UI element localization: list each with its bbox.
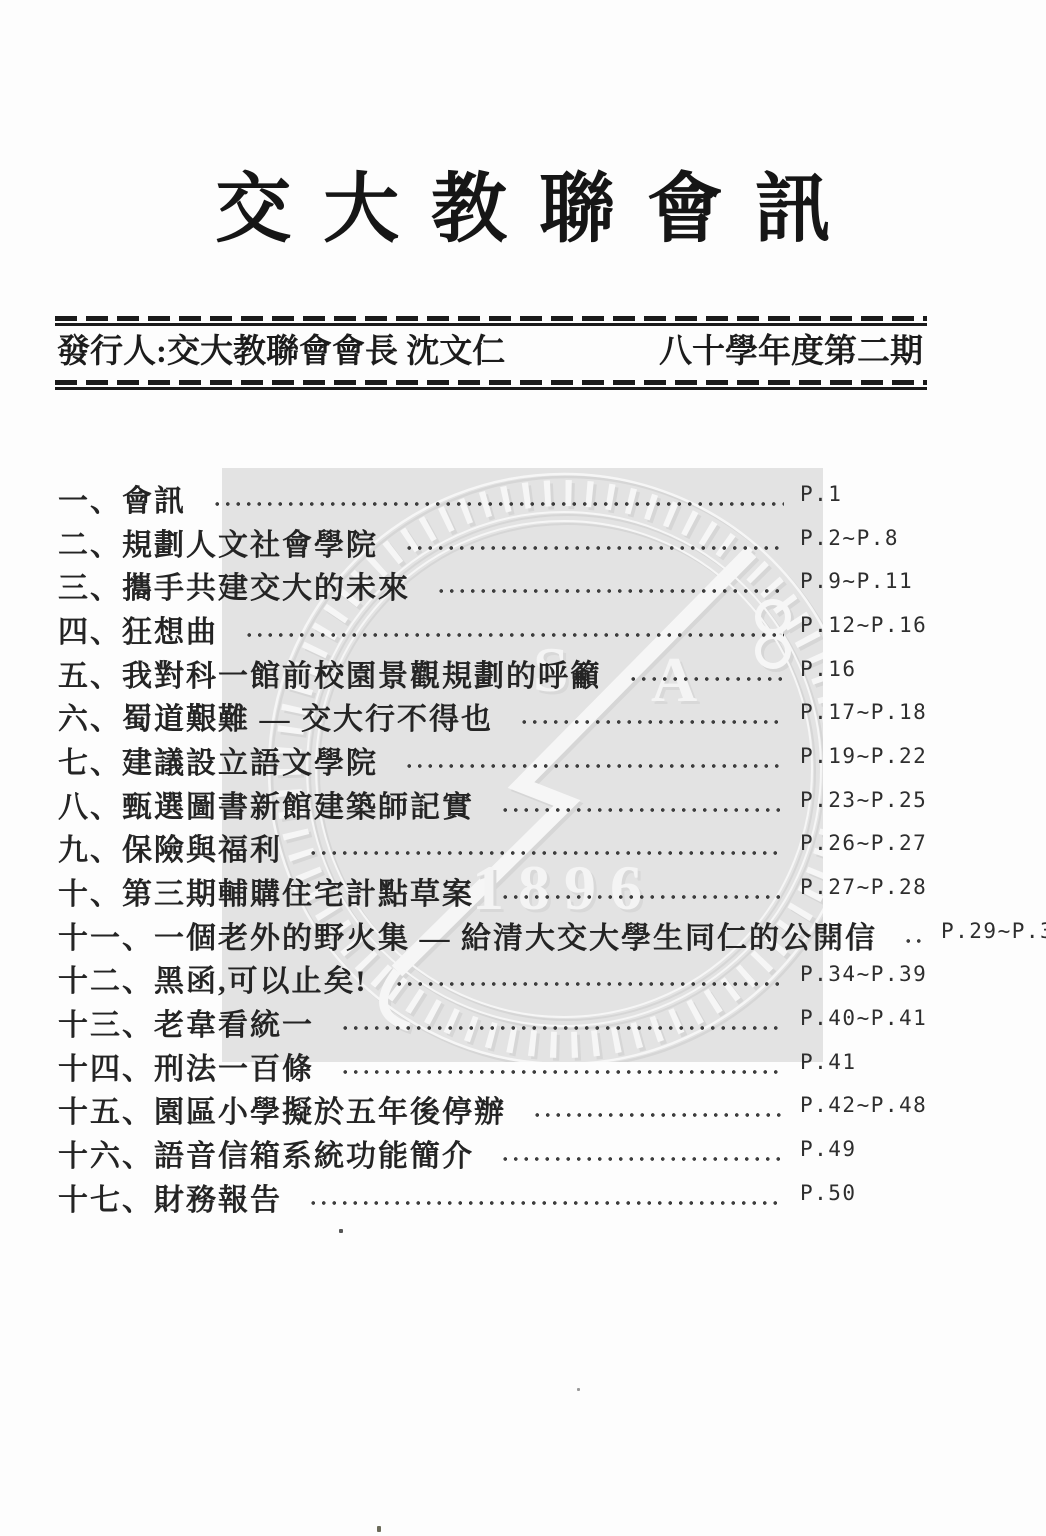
toc-dotted-leader xyxy=(394,978,785,990)
toc-item-label: 八、甄選圖書新館建築師記實 xyxy=(58,782,474,826)
toc-row: 一、會訊 P.1 xyxy=(58,476,990,520)
toc-row: 二、規劃人文社會學院 P.2~P.8 xyxy=(58,520,990,564)
toc-row: 九、保險與福利 P.26~P.27 xyxy=(58,826,990,870)
toc-dotted-leader xyxy=(532,1109,784,1121)
toc-item-pages: P.19~P.22 xyxy=(800,744,990,768)
toc-item-pages: P.1 xyxy=(800,482,990,506)
toc-dotted-leader xyxy=(244,629,784,641)
toc-item-pages: P.50 xyxy=(800,1181,990,1205)
toc-item-pages: P.23~P.25 xyxy=(800,788,990,812)
toc-item-pages: P.16 xyxy=(800,657,990,681)
toc-item-pages: P.42~P.48 xyxy=(800,1093,990,1117)
toc-dotted-leader xyxy=(404,542,784,554)
toc-dotted-leader xyxy=(404,760,784,772)
toc-item-label: 五、我對科一館前校園景觀規劃的呼籲 xyxy=(58,651,602,695)
toc-item-pages: P.40~P.41 xyxy=(800,1006,990,1030)
issue-label: 八十學年度第二期 xyxy=(659,333,923,371)
scan-speck xyxy=(577,1388,580,1391)
toc-item-pages: P.27~P.28 xyxy=(800,875,990,899)
toc-dotted-leader xyxy=(903,935,925,947)
toc-dotted-leader xyxy=(500,804,784,816)
toc-item-label: 十四、刑法一百條 xyxy=(58,1044,314,1088)
masthead-bottom-dashed-rule xyxy=(55,380,927,385)
toc-dotted-leader xyxy=(436,585,784,597)
table-of-contents: 一、會訊 P.1 二、規劃人文社會學院 P.2~P.8 三、攜手共建交大的未來 … xyxy=(58,476,990,1219)
toc-item-label: 七、建議設立語文學院 xyxy=(58,738,378,782)
toc-dotted-leader xyxy=(308,847,784,859)
masthead: 發行人:交大教聯會會長 沈文仁 八十學年度第二期 xyxy=(55,316,927,390)
masthead-top-dashed-rule xyxy=(55,316,927,321)
toc-item-label: 三、攜手共建交大的未來 xyxy=(58,563,410,607)
toc-item-pages: P.26~P.27 xyxy=(800,831,990,855)
toc-item-label: 六、蜀道艱難 — 交大行不得也 xyxy=(58,694,493,738)
scan-speck xyxy=(377,1526,381,1532)
toc-dotted-leader xyxy=(340,1022,784,1034)
toc-dotted-leader xyxy=(500,1153,784,1165)
toc-item-label: 十三、老韋看統一 xyxy=(58,1000,314,1044)
toc-row: 三、攜手共建交大的未來 P.9~P.11 xyxy=(58,563,990,607)
toc-row: 十六、語音信箱系統功能簡介 P.49 xyxy=(58,1131,990,1175)
toc-item-label: 十五、園區小學擬於五年後停辦 xyxy=(58,1087,506,1131)
toc-row: 五、我對科一館前校園景觀規劃的呼籲 P.16 xyxy=(58,651,990,695)
masthead-bottom-solid-rule xyxy=(55,387,927,390)
toc-item-pages: P.29~P.33 xyxy=(941,919,1046,943)
toc-dotted-leader xyxy=(212,498,784,510)
toc-row: 十二、黑函,可以止矣! P.34~P.39 xyxy=(58,957,990,1001)
toc-item-label: 九、保險與福利 xyxy=(58,825,282,869)
toc-item-pages: P.12~P.16 xyxy=(800,613,990,637)
publisher-label: 發行人:交大教聯會會長 沈文仁 xyxy=(57,333,505,371)
toc-item-pages: P.2~P.8 xyxy=(800,526,990,550)
toc-item-label: 一、會訊 xyxy=(58,476,186,520)
toc-dotted-leader xyxy=(340,1066,784,1078)
toc-row: 六、蜀道艱難 — 交大行不得也 P.17~P.18 xyxy=(58,694,990,738)
toc-item-pages: P.9~P.11 xyxy=(800,569,990,593)
toc-item-pages: P.34~P.39 xyxy=(800,962,990,986)
page-title: 交大教聯會訊 xyxy=(0,148,1046,257)
toc-item-pages: P.41 xyxy=(800,1050,990,1074)
toc-dotted-leader xyxy=(308,1197,784,1209)
toc-item-label: 十七、財務報告 xyxy=(58,1175,282,1219)
toc-row: 四、狂想曲 P.12~P.16 xyxy=(58,607,990,651)
toc-row: 十七、財務報告 P.50 xyxy=(58,1175,990,1219)
toc-row: 八、甄選圖書新館建築師記實 P.23~P.25 xyxy=(58,782,990,826)
toc-item-pages: P.17~P.18 xyxy=(800,700,990,724)
toc-dotted-leader xyxy=(500,891,784,903)
toc-row: 十三、老韋看統一 P.40~P.41 xyxy=(58,1000,990,1044)
toc-item-pages: P.49 xyxy=(800,1137,990,1161)
toc-dotted-leader xyxy=(519,716,784,728)
toc-row: 十、第三期輔購住宅計點草案 P.27~P.28 xyxy=(58,869,990,913)
toc-item-label: 十二、黑函,可以止矣! xyxy=(58,956,368,1000)
toc-dotted-leader xyxy=(628,673,784,685)
toc-row: 七、建議設立語文學院 P.19~P.22 xyxy=(58,738,990,782)
toc-item-label: 四、狂想曲 xyxy=(58,607,218,651)
toc-row: 十五、園區小學擬於五年後停辦 P.42~P.48 xyxy=(58,1088,990,1132)
toc-item-label: 十、第三期輔購住宅計點草案 xyxy=(58,869,474,913)
toc-item-label: 二、規劃人文社會學院 xyxy=(58,520,378,564)
newsletter-cover-page: 交大教聯會訊 發行人:交大教聯會會長 沈文仁 八十學年度第二期 xyxy=(0,0,1046,1536)
toc-row: 十四、刑法一百條 P.41 xyxy=(58,1044,990,1088)
toc-row: 十一、一個老外的野火集 — 給清大交大學生同仁的公開信 P.29~P.33 xyxy=(58,913,990,957)
toc-item-label: 十一、一個老外的野火集 — 給清大交大學生同仁的公開信 xyxy=(58,913,877,957)
scan-speck xyxy=(339,1229,343,1233)
toc-item-label: 十六、語音信箱系統功能簡介 xyxy=(58,1131,474,1175)
